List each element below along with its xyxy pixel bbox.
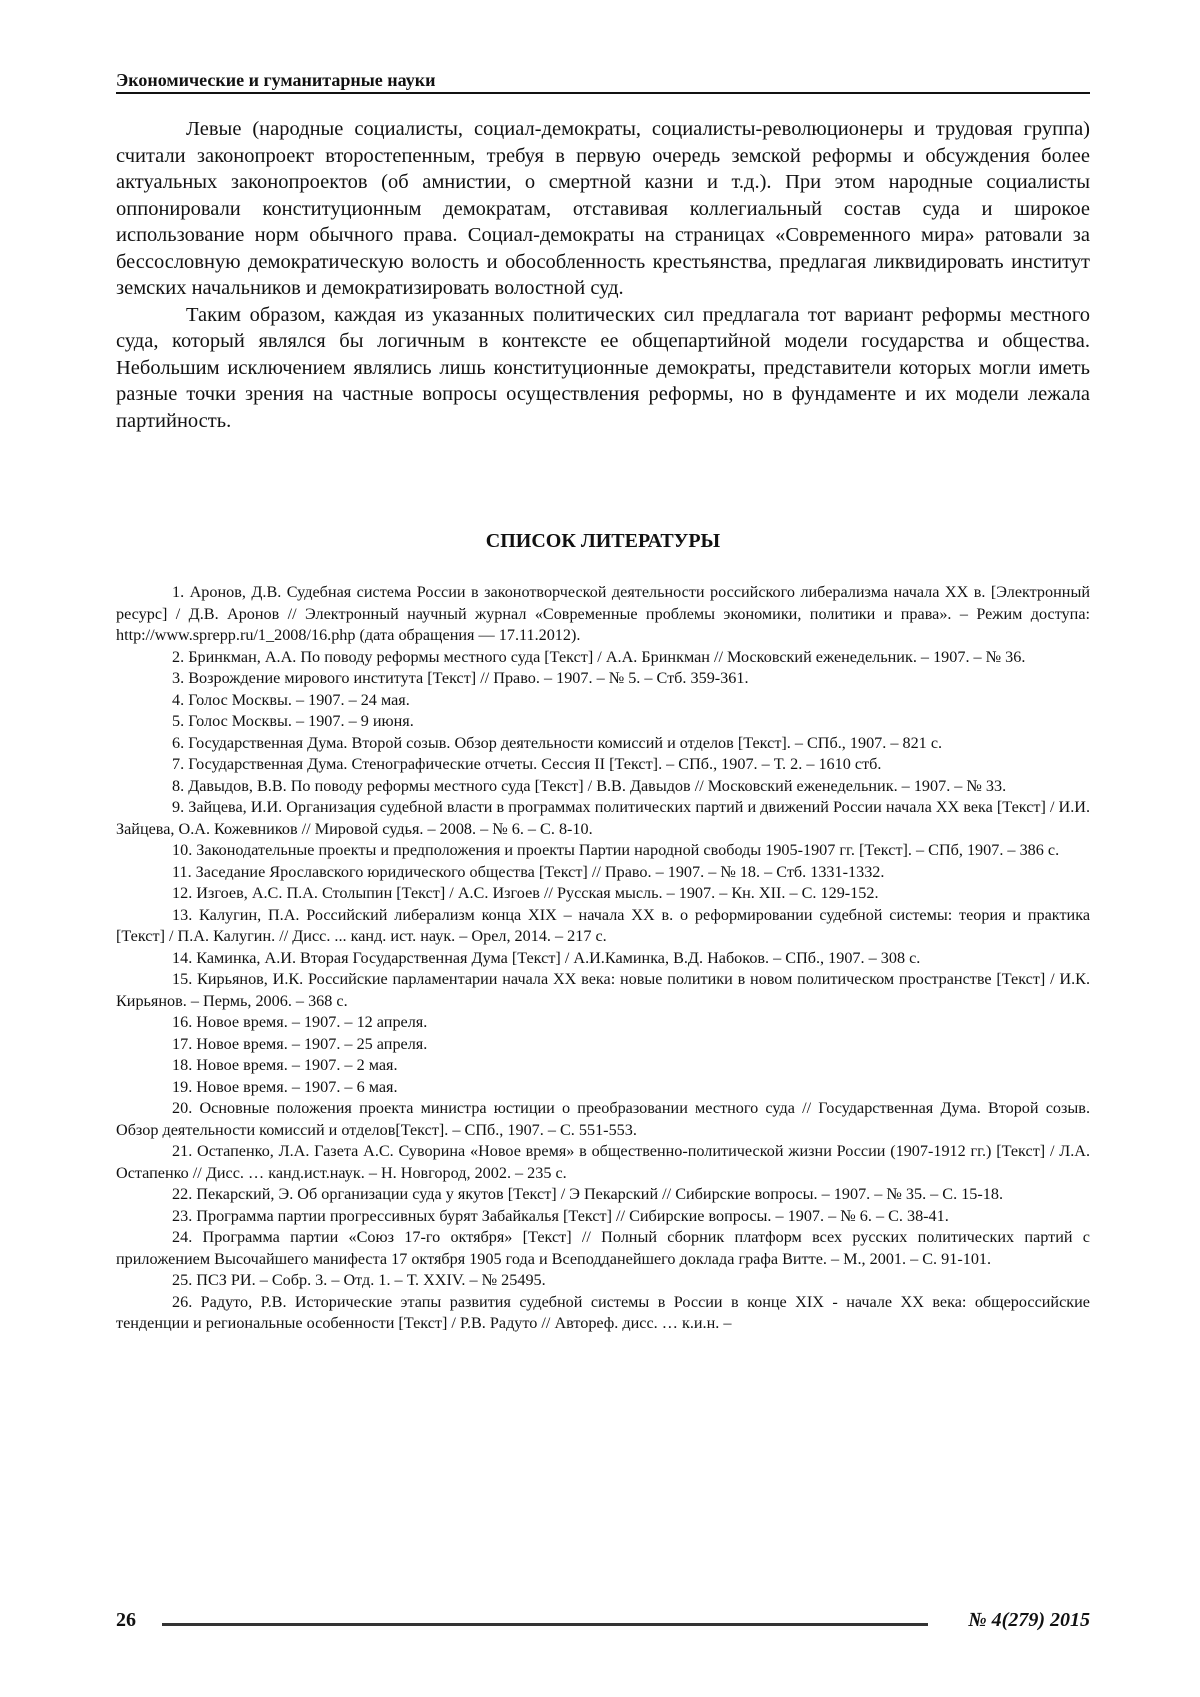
page-number: 26 [116,1609,136,1632]
reference-item: 23. Программа партии прогрессивных бурят… [116,1206,1090,1228]
running-head: Экономические и гуманитарные науки [116,68,1090,94]
reference-item: 9. Зайцева, И.И. Организация судебной вл… [116,797,1090,840]
reference-item: 18. Новое время. – 1907. – 2 мая. [116,1055,1090,1077]
references-list: 1. Аронов, Д.В. Судебная система России … [116,582,1090,1335]
reference-item: 14. Каминка, А.И. Вторая Государственная… [116,948,1090,970]
reference-item: 26. Радуто, Р.В. Исторические этапы разв… [116,1292,1090,1335]
reference-item: 15. Кирьянов, И.К. Российские парламента… [116,969,1090,1012]
reference-item: 13. Калугин, П.А. Российский либерализм … [116,905,1090,948]
reference-item: 22. Пекарский, Э. Об организации суда у … [116,1184,1090,1206]
reference-item: 2. Бринкман, А.А. По поводу реформы мест… [116,647,1090,669]
body-paragraph: Левые (народные социалисты, социал-демок… [116,116,1090,302]
reference-item: 17. Новое время. – 1907. – 25 апреля. [116,1034,1090,1056]
reference-item: 3. Возрождение мирового института [Текст… [116,668,1090,690]
reference-item: 16. Новое время. – 1907. – 12 апреля. [116,1012,1090,1034]
reference-item: 11. Заседание Ярославского юридического … [116,862,1090,884]
body-text: Левые (народные социалисты, социал-демок… [116,116,1090,434]
reference-item: 25. ПСЗ РИ. – Собр. 3. – Отд. 1. – Т. XX… [116,1270,1090,1292]
reference-item: 19. Новое время. – 1907. – 6 мая. [116,1077,1090,1099]
reference-item: 20. Основные положения проекта министра … [116,1098,1090,1141]
page-footer: 26 № 4(279) 2015 [116,1609,1090,1635]
reference-item: 21. Остапенко, Л.А. Газета А.С. Суворина… [116,1141,1090,1184]
reference-item: 5. Голос Москвы. – 1907. – 9 июня. [116,711,1090,733]
reference-item: 24. Программа партии «Союз 17-го октября… [116,1227,1090,1270]
reference-item: 8. Давыдов, В.В. По поводу реформы местн… [116,776,1090,798]
reference-item: 6. Государственная Дума. Второй созыв. О… [116,733,1090,755]
reference-item: 1. Аронов, Д.В. Судебная система России … [116,582,1090,647]
reference-item: 12. Изгоев, А.С. П.А. Столыпин [Текст] /… [116,883,1090,905]
reference-item: 10. Законодательные проекты и предположе… [116,840,1090,862]
references-title: СПИСОК ЛИТЕРАТУРЫ [116,528,1090,554]
footer-divider [162,1623,928,1626]
body-paragraph: Таким образом, каждая из указанных полит… [116,302,1090,435]
reference-item: 4. Голос Москвы. – 1907. – 24 мая. [116,690,1090,712]
issue-label: № 4(279) 2015 [968,1609,1090,1632]
reference-item: 7. Государственная Дума. Стенографически… [116,754,1090,776]
